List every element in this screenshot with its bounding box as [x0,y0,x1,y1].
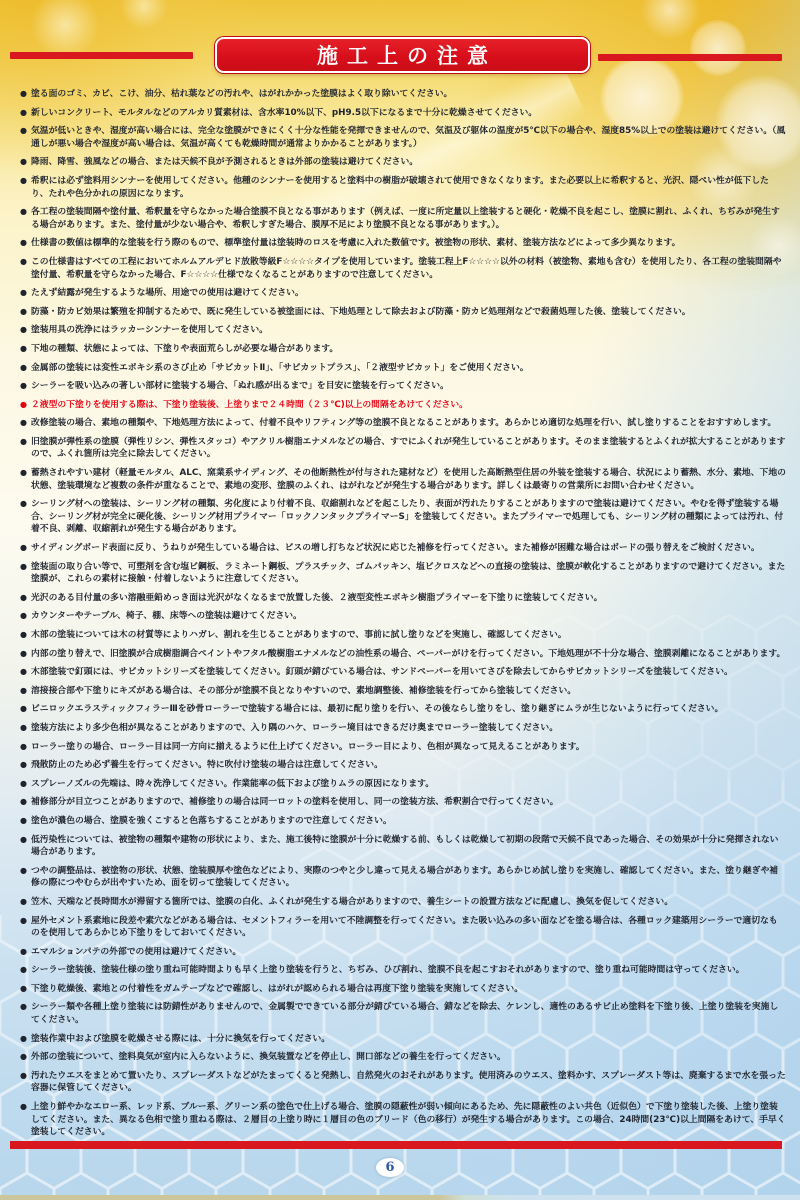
note-text: カウンターやテーブル、椅子、棚、床等への塗装は避けてください。 [31,610,786,623]
note-item: ● 上塗り鮮やかなエロー系、レッド系、ブルー系、グリーン系の塗色で仕上げる場合、… [20,1101,786,1136]
note-text: 外部の塗装について、塗料臭気が室内に入らないように、換気装置などを停止し、開口部… [31,1051,786,1064]
note-item: ● 飛散防止のため必ず養生を行ってください。特に吹付け塗装の場合は注意してくださ… [20,759,786,772]
note-item: ● シーリング材への塗装は、シーリング材の種類、劣化度により付着不良、収縮割れな… [20,498,786,536]
bullet-icon: ● [20,380,31,393]
note-item: ● 汚れたウエスをまとめて置いたり、スプレーダストなどがたまってくると発熱し、自… [20,1070,786,1095]
bullet-icon: ● [20,237,31,250]
note-text: 防藻・防カビ効果は繁殖を抑制するためで、既に発生している被塗面には、下地処理とし… [31,306,786,319]
note-item: ● 希釈には必ず塗料用シンナーを使用してください。他種のシンナーを使用すると塗料… [20,175,786,200]
bullet-icon: ● [20,759,31,772]
note-text: 低汚染性については、被塗物の種類や建物の形状により、また、施工後特に塗膜が十分に… [31,834,786,859]
note-item: ● 仕様書の数値は標準的な塗装を行う際のもので、標準塗付量は塗装時のロスを考慮に… [20,237,786,250]
bullet-icon: ● [20,946,31,959]
note-item: ● 光沢のある目付量の多い溶融亜鉛めっき面は光沢がなくなるまで放置した後、２液型… [20,592,786,605]
note-item: ● 塗装面の取り合い等で、可塑剤を含む塩ビ鋼板、ラミネート鋼板、プラスチック、ゴ… [20,561,786,586]
note-item: ● たえず結露が発生するような場所、用途での使用は避けてください。 [20,287,786,300]
bokeh-circle [640,0,700,40]
note-text: 屋外セメント系素地に段差や素穴などがある場合は、セメントフィラーを用いて不陸調整… [31,915,786,940]
page-number-badge: 6 [376,1158,404,1177]
bullet-icon: ● [20,722,31,735]
note-text: 新しいコンクリート、モルタルなどのアルカリ質素材は、含水率10%以下、pH9.5… [31,107,786,120]
bullet-icon: ● [20,896,31,909]
note-text: 塗装方法により多少色相が異なることがありますので、入り隅のハケ、ローラー境目はで… [31,722,786,735]
note-text: シーラー塗装後、塗装仕様の塗り重ね可能時間よりも早く上塗り塗装を行うと、ちぢみ、… [31,964,786,977]
bullet-icon: ● [20,1001,31,1014]
note-text: シーラーを吸い込みの著しい部材に塗装する場合、「ぬれ感が出るまで」を目安に塗装を… [31,380,786,393]
bottom-edge-strip [0,1195,800,1200]
bullet-icon: ● [20,156,31,169]
notes-list: ● 塗る面のゴミ、カビ、こけ、油分、枯れ葉などの汚れや、はがれかかった塗膜はよく… [20,88,786,1136]
footer-rule [10,1141,782,1149]
note-item: ● エマルションパテの外部での使用は避けてください。 [20,946,786,959]
note-item: ● ２液型の下塗りを使用する際は、下塗り塗装後、上塗りまで２４時間（２３℃)以上… [20,399,786,412]
note-text: 気温が低いときや、湿度が高い場合には、完全な塗膜ができにくく十分な性能を発揮でき… [31,125,786,150]
bullet-icon: ● [20,648,31,661]
bullet-icon: ● [20,206,31,219]
note-text: 塗る面のゴミ、カビ、こけ、油分、枯れ葉などの汚れや、はがれかかった塗膜はよく取り… [31,88,786,101]
bullet-icon: ● [20,417,31,430]
note-text: 汚れたウエスをまとめて置いたり、スプレーダストなどがたまってくると発熱し、自然発… [31,1070,786,1095]
bullet-icon: ● [20,865,31,878]
header-rule-left [10,52,193,59]
note-text: 仕様書の数値は標準的な塗装を行う際のもので、標準塗付量は塗装時のロスを考慮に入れ… [31,237,786,250]
note-item: ● 木部の塗装については木の材質等によりハガレ、割れを生じることがありますので、… [20,629,786,642]
note-text: 補修部分が目立つことがありますので、補修塗りの場合は同一ロットの塗料を使用し、同… [31,796,786,809]
bullet-icon: ● [20,498,31,511]
note-text: 光沢のある目付量の多い溶融亜鉛めっき面は光沢がなくなるまで放置した後、２液型変性… [31,592,786,605]
note-text: スプレーノズルの先端は、時々洗浄してください。作業能率の低下および塗りムラの原因… [31,778,786,791]
note-text: 旧塗膜が弾性系の塗膜（弾性リシン、弾性スタッコ）やアクリル樹脂エナメルなどの場合… [31,436,786,461]
note-item: ● 下地の種類、状態によっては、下塗りや表面荒らしが必要な場合があります。 [20,343,786,356]
bullet-icon: ● [20,741,31,754]
bullet-icon: ● [20,592,31,605]
page-title: 施工上の注意 [308,40,497,70]
bullet-icon: ● [20,915,31,928]
bullet-icon: ● [20,1070,31,1083]
note-text: 塗装作業中および塗膜を乾燥させる際には、十分に換気を行ってください。 [31,1033,786,1046]
page-number: 6 [385,1160,394,1175]
note-item: ● 屋外セメント系素地に段差や素穴などがある場合は、セメントフィラーを用いて不陸… [20,915,786,940]
note-item: ● ローラー塗りの場合、ローラー目は同一方向に揃えるように仕上げてください。ロー… [20,741,786,754]
note-item: ● この仕様書はすべての工程においてホルムアルデヒド放散等級F☆☆☆☆タイプを使… [20,256,786,281]
note-item: ● 蓄熱されやすい建材（軽量モルタル、ALC、窯業系サイディング、その他断熱性が… [20,467,786,492]
bullet-icon: ● [20,834,31,847]
header-rule-right [598,54,782,61]
note-item: ● サイディングボード表面に反り、うねりが発生している場合は、ビスの増し打ちなど… [20,542,786,555]
note-item: ● 下塗り乾燥後、素地との付着性をガムテープなどで確認し、はがれが認められる場合… [20,983,786,996]
bullet-icon: ● [20,256,31,269]
note-item: ● シーラーを吸い込みの著しい部材に塗装する場合、「ぬれ感が出るまで」を目安に塗… [20,380,786,393]
note-item: ● 改修塗装の場合、素地の種類や、下地処理方法によって、付着不良やリフティング等… [20,417,786,430]
bullet-icon: ● [20,610,31,623]
note-item: ● 塗装作業中および塗膜を乾燥させる際には、十分に換気を行ってください。 [20,1033,786,1046]
note-text: ローラー塗りの場合、ローラー目は同一方向に揃えるように仕上げてください。ローラー… [31,741,786,754]
note-item: ● 塗色が濃色の場合、塗膜を強くこすると色落ちすることがありますので注意してくだ… [20,815,786,828]
bokeh-circle [120,0,168,30]
bullet-icon: ● [20,964,31,977]
bullet-icon: ● [20,343,31,356]
bullet-icon: ● [20,362,31,375]
note-text: 塗装用具の洗浄にはラッカーシンナーを使用してください。 [31,324,786,337]
note-item: ● 溶接接合部や下塗りにキズがある場合は、その部分が塗膜不良となりやすいので、素… [20,685,786,698]
note-item: ● 塗る面のゴミ、カビ、こけ、油分、枯れ葉などの汚れや、はがれかかった塗膜はよく… [20,88,786,101]
note-text: ビニロックエラスティックフィラーⅢを砂骨ローラーで塗装する場合には、最初に配り塗… [31,703,786,716]
note-item: ● 補修部分が目立つことがありますので、補修塗りの場合は同一ロットの塗料を使用し… [20,796,786,809]
bullet-icon: ● [20,175,31,188]
bullet-icon: ● [20,324,31,337]
bullet-icon: ● [20,107,31,120]
note-item: ● 内部の塗り替えで、旧塗膜が合成樹脂調合ペイントやフタル酸樹脂エナメルなどの油… [20,648,786,661]
note-item: ● 各工程の塗装間隔や塗付量、希釈量を守らなかった場合塗膜不良となる事があります… [20,206,786,231]
note-text: サイディングボード表面に反り、うねりが発生している場合は、ビスの増し打ちなど状況… [31,542,786,555]
note-text: 下地の種類、状態によっては、下塗りや表面荒らしが必要な場合があります。 [31,343,786,356]
note-item: ● つやの調整品は、被塗物の形状、状態、塗装膜厚や塗色などにより、実際のつやと少… [20,865,786,890]
bullet-icon: ● [20,685,31,698]
bullet-icon: ● [20,1051,31,1064]
note-text: 希釈には必ず塗料用シンナーを使用してください。他種のシンナーを使用すると塗料中の… [31,175,786,200]
note-text: たえず結露が発生するような場所、用途での使用は避けてください。 [31,287,786,300]
bullet-icon: ● [20,796,31,809]
bullet-icon: ● [20,306,31,319]
bullet-icon: ● [20,1101,31,1114]
note-text: 蓄熱されやすい建材（軽量モルタル、ALC、窯業系サイディング、その他断熱性が付与… [31,467,786,492]
note-item: ● 旧塗膜が弾性系の塗膜（弾性リシン、弾性スタッコ）やアクリル樹脂エナメルなどの… [20,436,786,461]
note-text: 木部塗装で釘頭には、サビカットシリーズを塗装してください。釘頭が錆びている場合は… [31,666,786,679]
note-text: 溶接接合部や下塗りにキズがある場合は、その部分が塗膜不良となりやすいので、素地調… [31,685,786,698]
note-text: 塗色が濃色の場合、塗膜を強くこすると色落ちすることがありますので注意してください… [31,815,786,828]
note-item: ● ビニロックエラスティックフィラーⅢを砂骨ローラーで塗装する場合には、最初に配… [20,703,786,716]
note-item: ● 新しいコンクリート、モルタルなどのアルカリ質素材は、含水率10%以下、pH9… [20,107,786,120]
bullet-icon: ● [20,287,31,300]
note-item: ● 外部の塗装について、塗料臭気が室内に入らないように、換気装置などを停止し、開… [20,1051,786,1064]
note-text: シーラー類や各種上塗り塗装には防錆性がありませんので、金属製でできている部分が錆… [31,1001,786,1026]
note-item: ● 木部塗装で釘頭には、サビカットシリーズを塗装してください。釘頭が錆びている場… [20,666,786,679]
bullet-icon: ● [20,88,31,101]
note-text: 各工程の塗装間隔や塗付量、希釈量を守らなかった場合塗膜不良となる事があります（例… [31,206,786,231]
note-item: ● カウンターやテーブル、椅子、棚、床等への塗装は避けてください。 [20,610,786,623]
note-text: 降雨、降雪、強風などの場合、または天候不良が予測されるときは外部の塗装は避けてく… [31,156,786,169]
note-text: 内部の塗り替えで、旧塗膜が合成樹脂調合ペイントやフタル酸樹脂エナメルなどの油性系… [31,648,786,661]
note-item: ● シーラー類や各種上塗り塗装には防錆性がありませんので、金属製でできている部分… [20,1001,786,1026]
bullet-icon: ● [20,436,31,449]
note-text: 上塗り鮮やかなエロー系、レッド系、ブルー系、グリーン系の塗色で仕上げる場合、塗膜… [31,1101,786,1136]
bullet-icon: ● [20,467,31,480]
note-item: ● シーラー塗装後、塗装仕様の塗り重ね可能時間よりも早く上塗り塗装を行うと、ちぢ… [20,964,786,977]
bullet-icon: ● [20,983,31,996]
note-text: ２液型の下塗りを使用する際は、下塗り塗装後、上塗りまで２４時間（２３℃)以上の間… [31,399,786,412]
bullet-icon: ● [20,399,31,412]
bullet-icon: ● [20,666,31,679]
note-text: 笠木、天端など長時間水が滞留する箇所では、塗膜の白化、ふくれが発生する場合があり… [31,896,786,909]
note-text: 金属部の塗装には変性エポキシ系のさび止め「サビカットⅡ」、「サビカットプラス」、… [31,362,786,375]
bullet-icon: ● [20,703,31,716]
note-item: ● 防藻・防カビ効果は繁殖を抑制するためで、既に発生している被塗面には、下地処理… [20,306,786,319]
note-item: ● 塗装方法により多少色相が異なることがありますので、入り隅のハケ、ローラー境目… [20,722,786,735]
catalog-page: 施工上の注意 ● 塗る面のゴミ、カビ、こけ、油分、枯れ葉などの汚れや、はがれかか… [0,0,800,1200]
note-text: シーリング材への塗装は、シーリング材の種類、劣化度により付着不良、収縮割れなどを… [31,498,786,536]
note-item: ● 降雨、降雪、強風などの場合、または天候不良が予測されるときは外部の塗装は避け… [20,156,786,169]
note-text: 塗装面の取り合い等で、可塑剤を含む塩ビ鋼板、ラミネート鋼板、プラスチック、ゴムパ… [31,561,786,586]
bullet-icon: ● [20,542,31,555]
note-text: 改修塗装の場合、素地の種類や、下地処理方法によって、付着不良やリフティング等の塗… [31,417,786,430]
note-item: ● 金属部の塗装には変性エポキシ系のさび止め「サビカットⅡ」、「サビカットプラス… [20,362,786,375]
header: 施工上の注意 [0,40,800,80]
bullet-icon: ● [20,1033,31,1046]
bullet-icon: ● [20,125,31,138]
bullet-icon: ● [20,778,31,791]
note-text: つやの調整品は、被塗物の形状、状態、塗装膜厚や塗色などにより、実際のつやと少し違… [31,865,786,890]
note-text: エマルションパテの外部での使用は避けてください。 [31,946,786,959]
note-text: この仕様書はすべての工程においてホルムアルデヒド放散等級F☆☆☆☆タイプを使用し… [31,256,786,281]
note-item: ● スプレーノズルの先端は、時々洗浄してください。作業能率の低下および塗りムラの… [20,778,786,791]
note-item: ● 塗装用具の洗浄にはラッカーシンナーを使用してください。 [20,324,786,337]
note-item: ● 笠木、天端など長時間水が滞留する箇所では、塗膜の白化、ふくれが発生する場合が… [20,896,786,909]
bullet-icon: ● [20,815,31,828]
note-item: ● 低汚染性については、被塗物の種類や建物の形状により、また、施工後特に塗膜が十… [20,834,786,859]
note-item: ● 気温が低いときや、湿度が高い場合には、完全な塗膜ができにくく十分な性能を発揮… [20,125,786,150]
note-text: 下塗り乾燥後、素地との付着性をガムテープなどで確認し、はがれが認められる場合は再… [31,983,786,996]
bullet-icon: ● [20,629,31,642]
note-text: 飛散防止のため必ず養生を行ってください。特に吹付け塗装の場合は注意してください。 [31,759,786,772]
bullet-icon: ● [20,561,31,574]
note-text: 木部の塗装については木の材質等によりハガレ、割れを生じることがありますので、事前… [31,629,786,642]
title-banner: 施工上の注意 [215,37,590,73]
